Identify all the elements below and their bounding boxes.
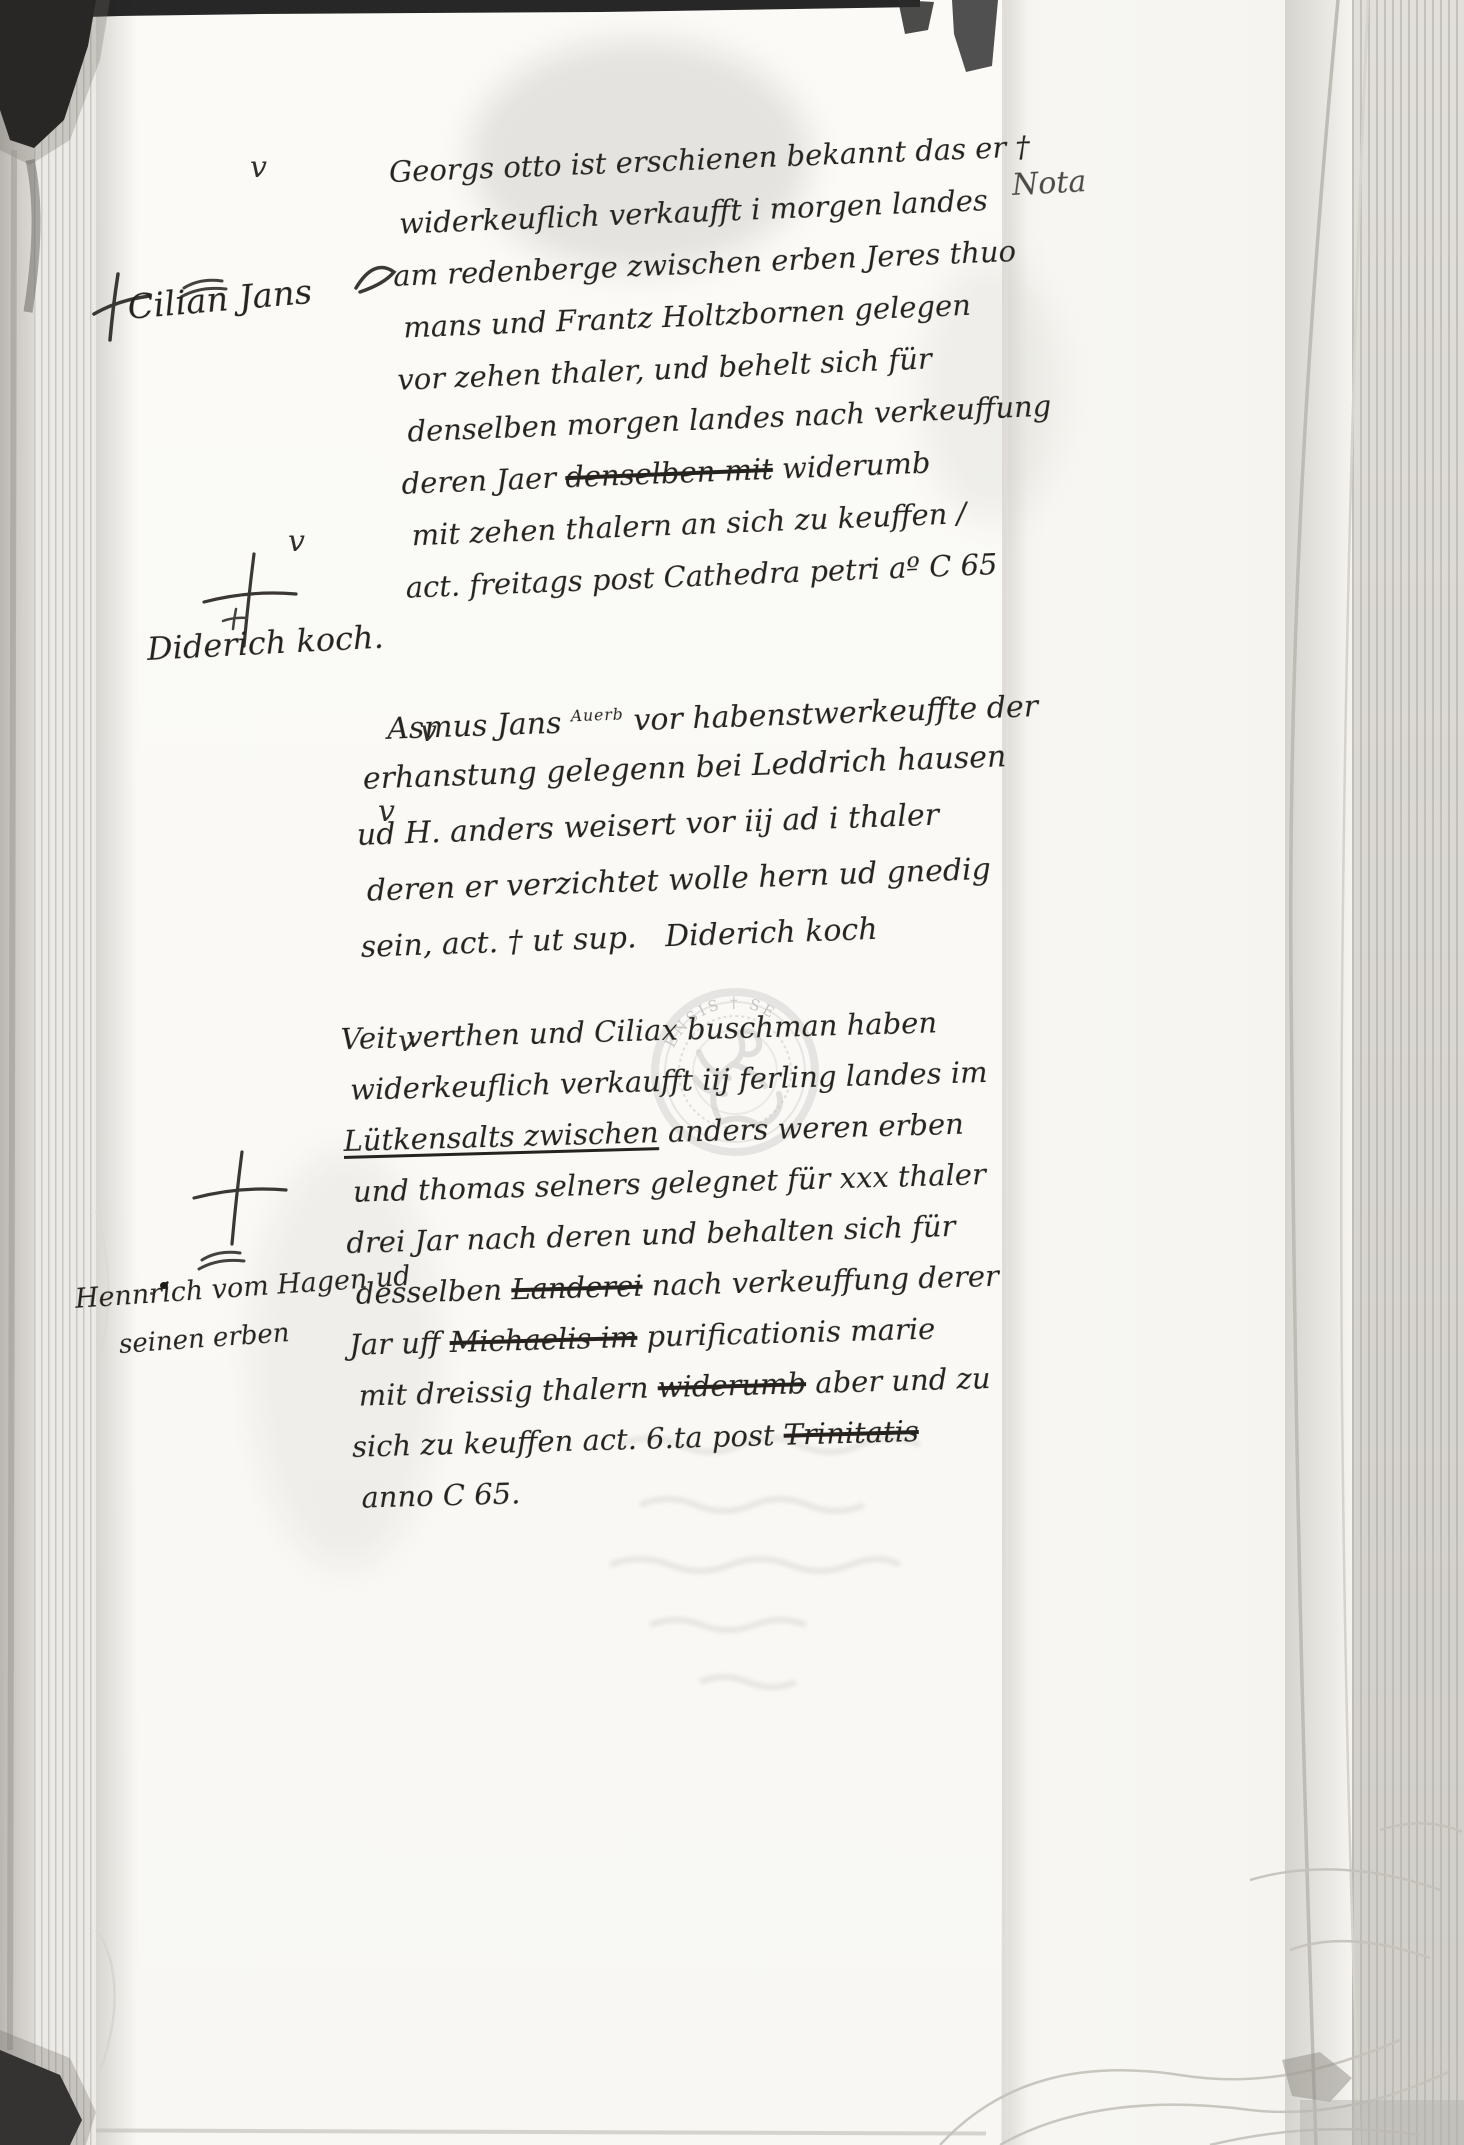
ink-speck (160, 1282, 168, 1289)
book-spine (0, 0, 34, 2145)
struck-text: Michaelis im (449, 1320, 638, 1359)
page-block-edge-shadow (1285, 0, 1355, 2145)
entry-1-text: Georgs otto ist erschienen bekannt das e… (388, 120, 1066, 614)
handwritten-text: Lütkensalts zwischen (343, 1115, 659, 1158)
struck-text: denselben mit (565, 452, 774, 494)
struck-text: Landerei (511, 1269, 643, 1307)
handwritten-text: nach verkeuffung derer (642, 1259, 999, 1303)
handwritten-text: und thomas selners gelegnet für xxx thal… (352, 1157, 986, 1209)
handwritten-text: sich zu keuffen act. 6.ta post (352, 1418, 784, 1464)
handwritten-text: Jar uff (349, 1325, 450, 1362)
handwritten-text: deren Jaer (401, 460, 566, 501)
margin-cross-icon (188, 1146, 292, 1250)
ink-speck (150, 1292, 153, 1295)
book-fore-edge (1352, 0, 1464, 2145)
manuscript-scan: ENSIS † SE Georgs otto ist erschienen be… (0, 0, 1464, 2145)
check-mark: v (288, 524, 305, 559)
handwritten-text: mit dreissig thalern (358, 1370, 658, 1412)
handwritten-text: ud H. anders weisert vor iij ad i thaler (356, 798, 939, 853)
handwritten-text: widerumb (772, 446, 931, 486)
handwritten-text: widerkeuflich verkaufft iij ferling land… (350, 1055, 988, 1107)
handwritten-text: purificationis marie (637, 1312, 936, 1354)
pointer-flourish-icon (352, 256, 400, 300)
check-mark: v (378, 794, 395, 829)
entry-3-text: Veit verthen und Ciliax buschman habenwi… (340, 994, 1054, 1523)
check-mark: v (250, 150, 267, 185)
check-mark: v (398, 1024, 415, 1059)
handwritten-text: drei Jar nach deren und behalten sich fü… (346, 1209, 956, 1260)
interlinear-insertion: Auerb (570, 706, 624, 726)
handwritten-text: sein, act. † ut sup. Diderich koch (360, 912, 878, 965)
handwritten-text: aber und zu (806, 1361, 991, 1400)
struck-text: widerumb (657, 1366, 806, 1404)
check-mark: v (420, 714, 437, 749)
struck-text: Trinitatis (783, 1414, 919, 1452)
handwritten-text: Asmus Jans (387, 705, 572, 746)
handwritten-text: Veit verthen und Ciliax buschman haben (340, 1005, 937, 1056)
nota-annotation: Nota (1011, 164, 1087, 203)
handwritten-text: anders weren erben (658, 1107, 964, 1150)
entry-2-text: Asmus Jans Auerb vor habenstwerkeuffte d… (352, 672, 1061, 976)
handwritten-text: deren er verzichtet wolle hern ud gnedig (366, 852, 991, 909)
handwritten-text: anno C 65. (361, 1476, 521, 1514)
